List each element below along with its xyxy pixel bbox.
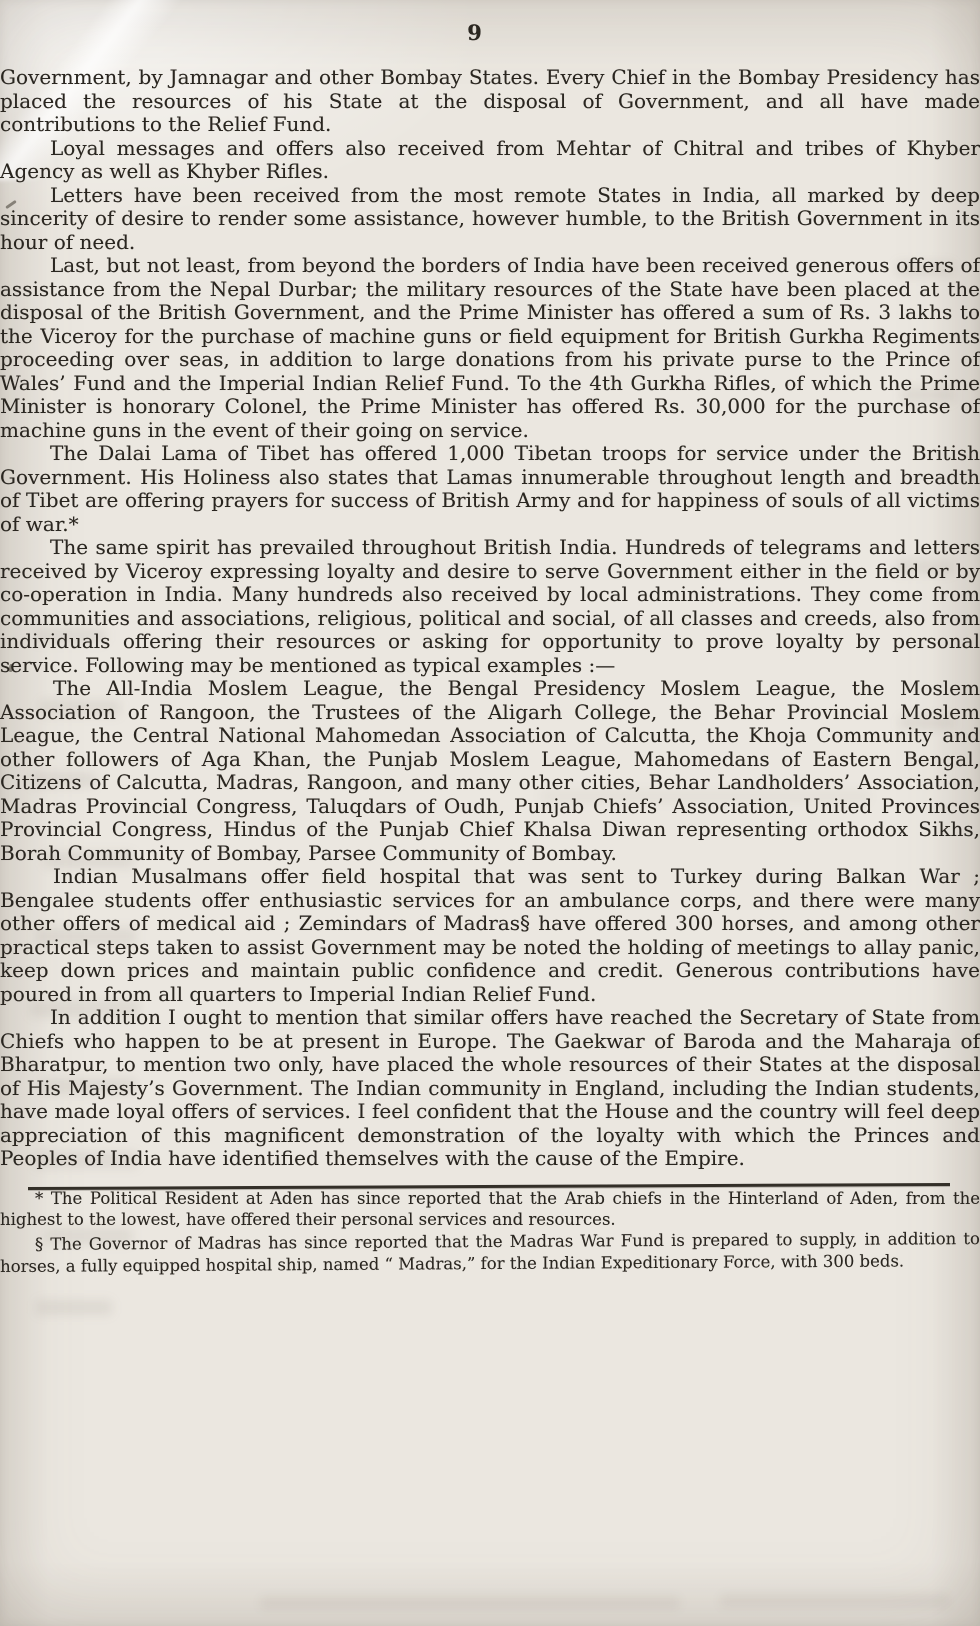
paragraph-letters-remote-states: Letters have been received from the most… — [0, 184, 980, 255]
footnote-governor-madras: § The Governor of Madras has since repor… — [0, 1228, 980, 1277]
footnote-political-resident: * The Political Resident at Aden has sin… — [0, 1188, 980, 1231]
page-content: Government, by Jamnagar and other Bombay… — [0, 66, 980, 1274]
quote-paragraph-practical-offers: Indian Musalmans offer field hospital th… — [0, 865, 980, 1006]
quote-paragraph-organisations: The All-India Moslem League, the Bengal … — [0, 677, 980, 865]
paragraph-british-india-spirit: The same spirit has prevailed throughout… — [0, 536, 980, 677]
bleedthrough-mark — [260, 1596, 680, 1610]
paragraph-dalai-lama: The Dalai Lama of Tibet has offered 1,00… — [0, 442, 980, 536]
bleedthrough-mark — [36, 1300, 112, 1315]
paragraph-continuation: Government, by Jamnagar and other Bombay… — [0, 66, 980, 137]
paragraph-loyal-messages: Loyal messages and offers also received … — [0, 137, 980, 184]
page-number: 9 — [0, 20, 950, 45]
bleedthrough-mark — [720, 1594, 950, 1608]
document-page: 9 Government, by Jamnagar and other Bomb… — [0, 0, 980, 1626]
paragraph-nepal-durbar: Last, but not least, from beyond the bor… — [0, 254, 980, 442]
footnotes-section: * The Political Resident at Aden has sin… — [0, 1188, 980, 1274]
paragraph-secretary-of-state: In addition I ought to mention that simi… — [0, 1006, 980, 1171]
